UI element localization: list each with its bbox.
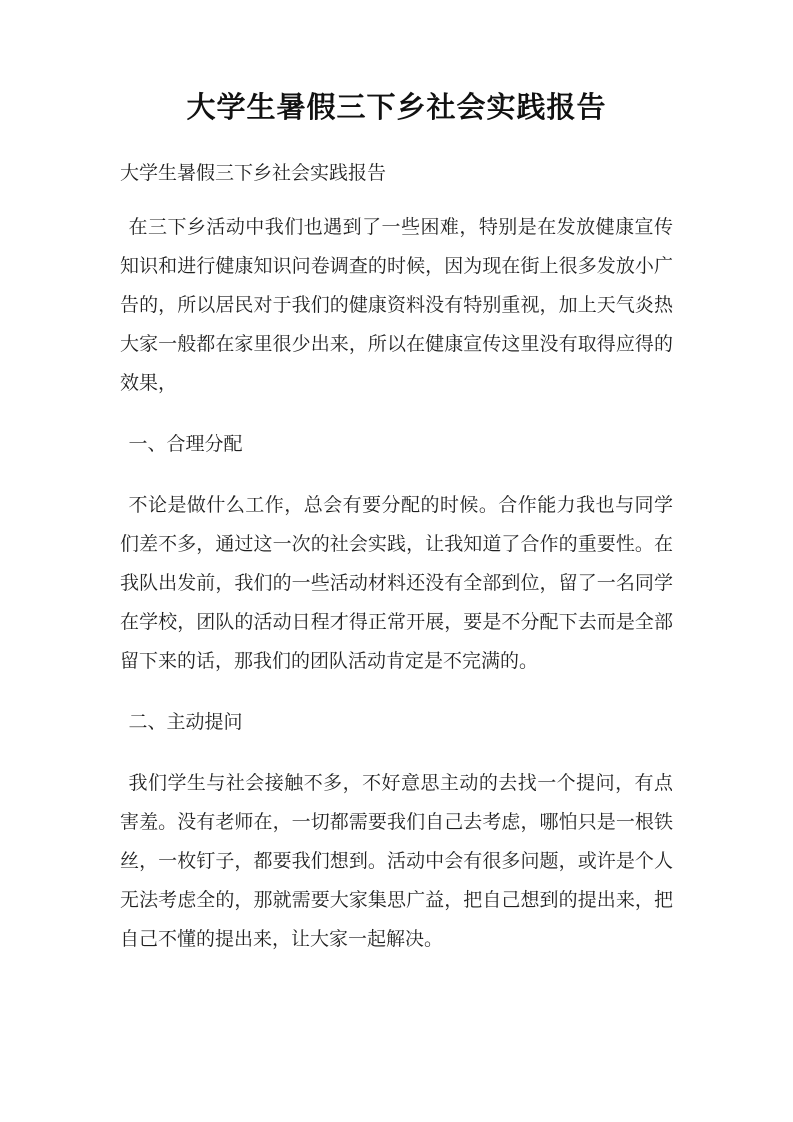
- paragraph-questions: 我们学生与社会接触不多，不好意思主动的去找一个提问，有点害羞。没有老师在，一切都…: [120, 764, 673, 959]
- section-heading-reasonable-allocation: 一、合理分配: [120, 425, 673, 464]
- section-heading-active-questioning: 二、主动提问: [120, 703, 673, 742]
- document-title: 大学生暑假三下乡社会实践报告: [120, 86, 673, 130]
- paragraph-allocation: 不论是做什么工作，总会有要分配的时候。合作能力我也与同学们差不多，通过这一次的社…: [120, 486, 673, 681]
- document-subtitle: 大学生暑假三下乡社会实践报告: [120, 162, 673, 186]
- document-page: 大学生暑假三下乡社会实践报告 大学生暑假三下乡社会实践报告 在三下乡活动中我们也…: [0, 0, 793, 1122]
- paragraph-difficulties: 在三下乡活动中我们也遇到了一些困难，特别是在发放健康宣传知识和进行健康知识问卷调…: [120, 208, 673, 403]
